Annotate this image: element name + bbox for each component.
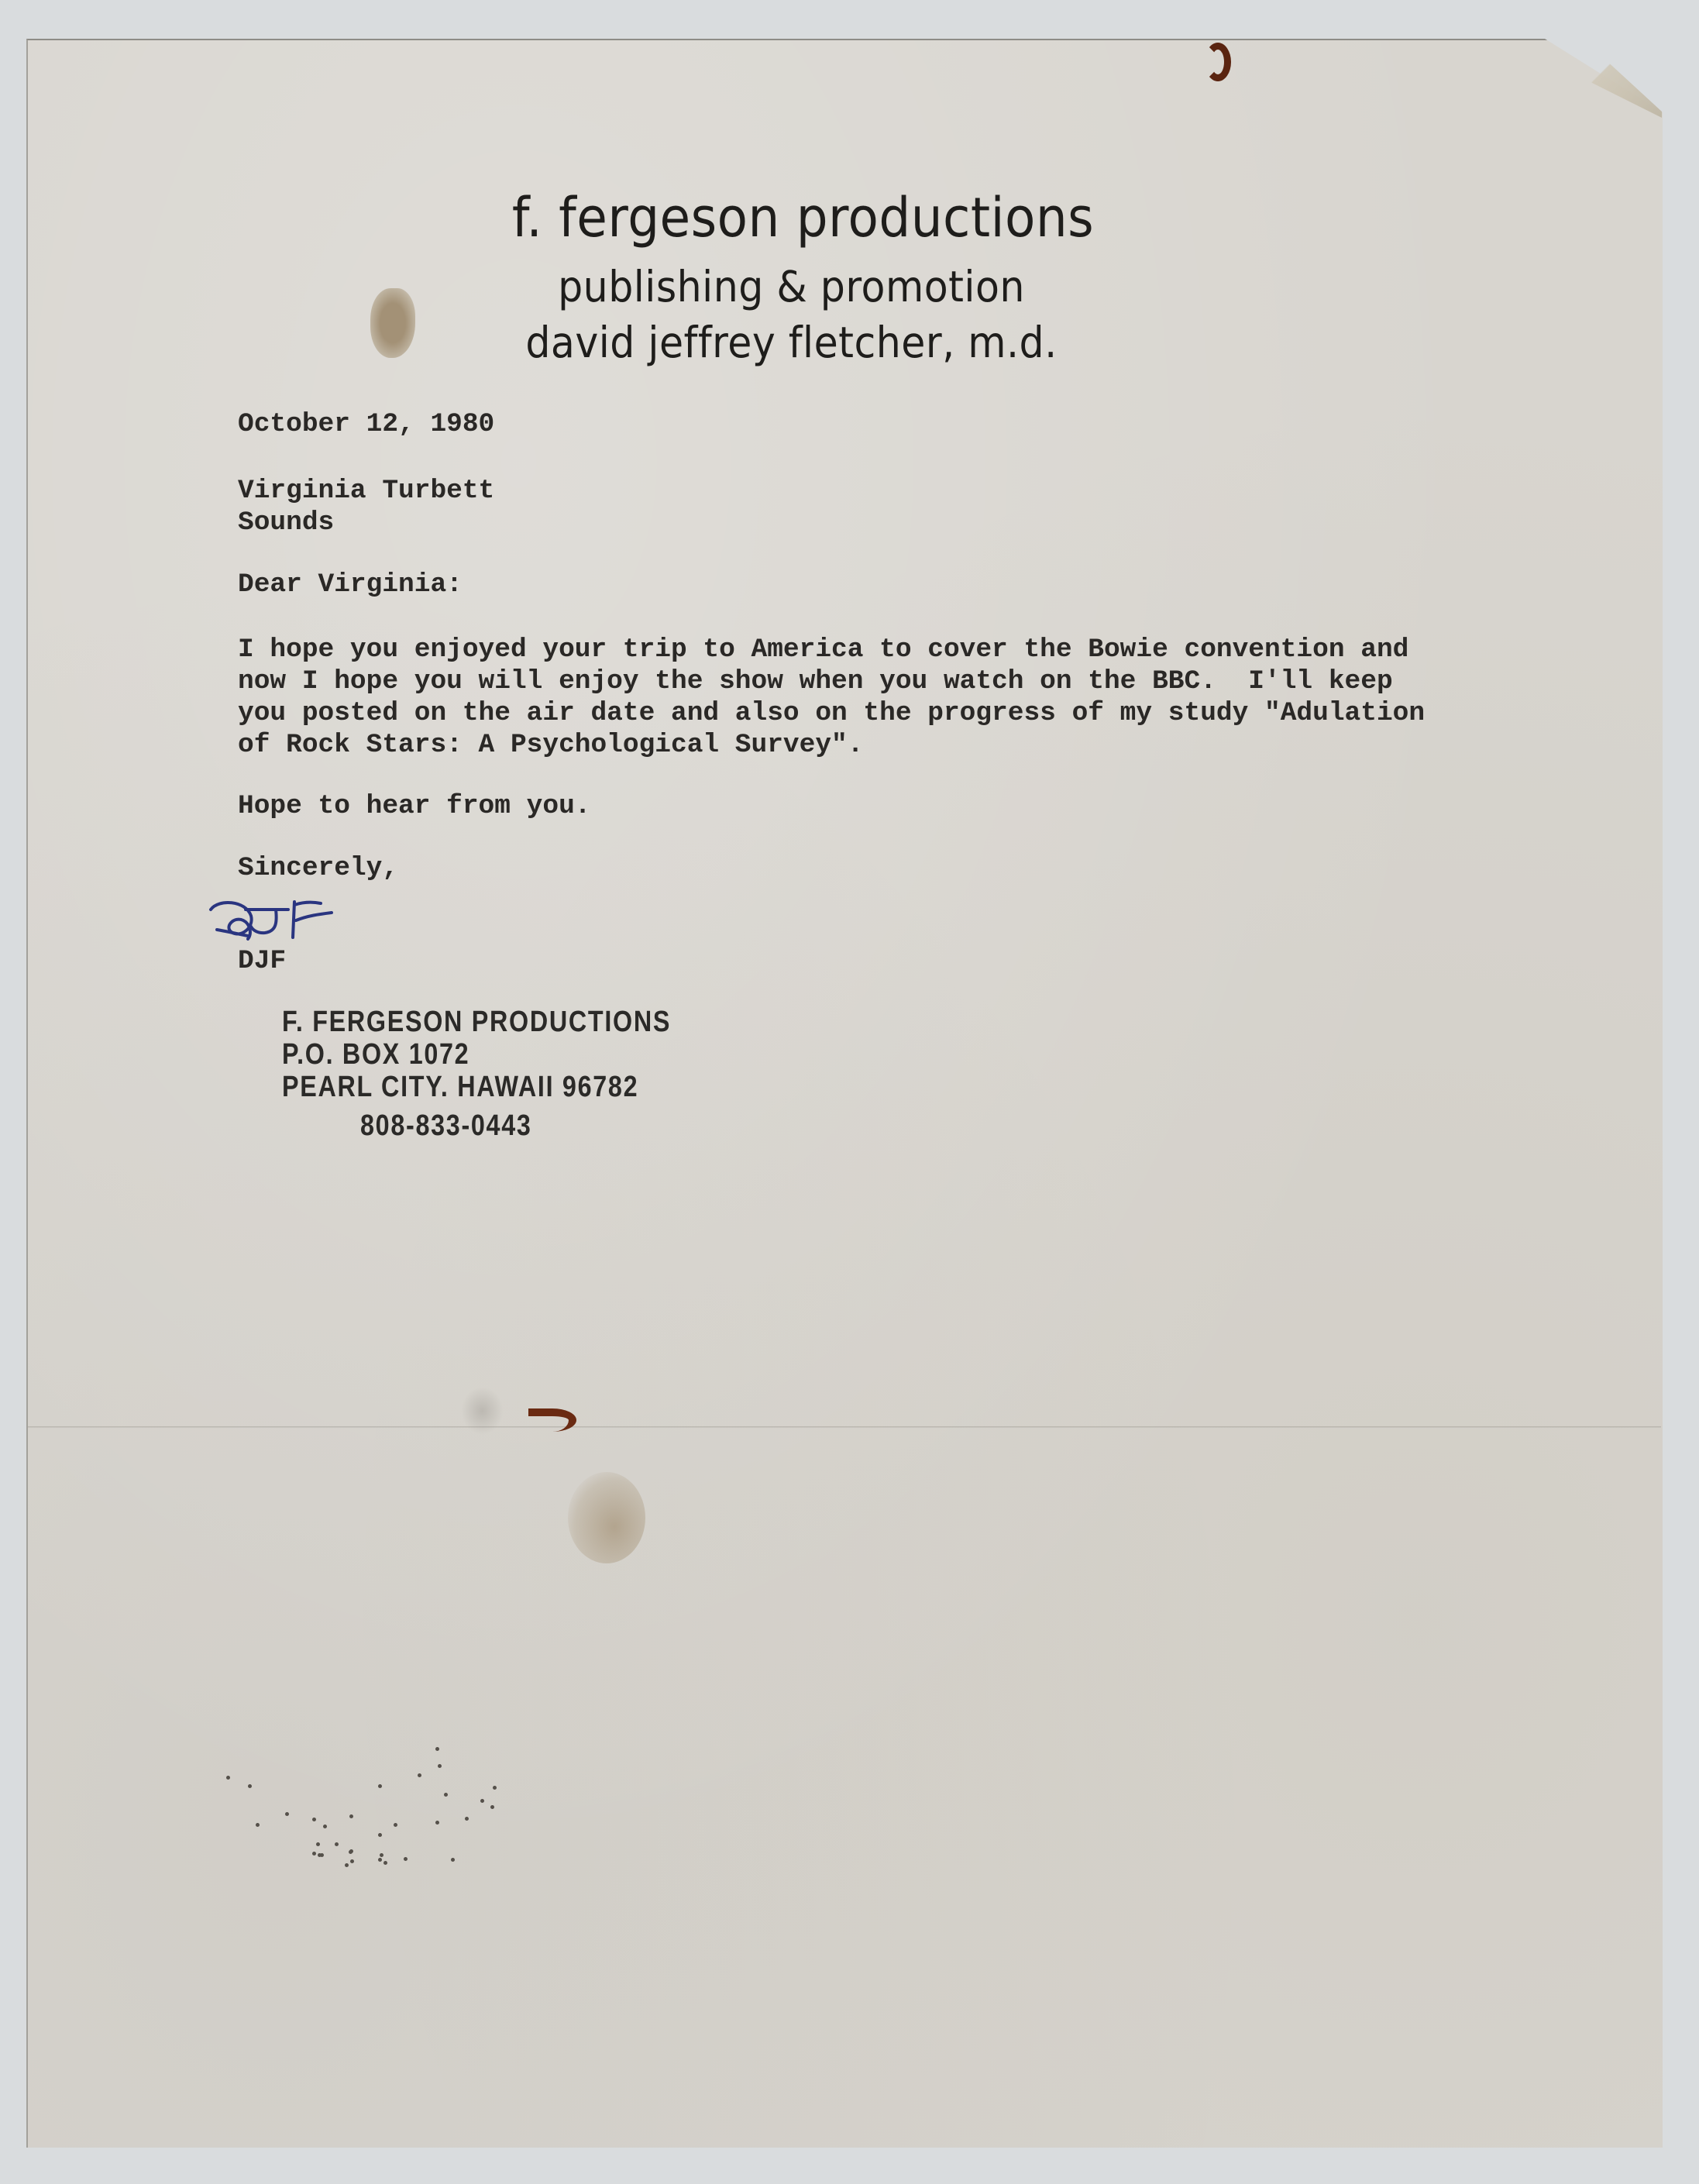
rust-mark-top: [1205, 43, 1231, 81]
speck: [350, 1859, 354, 1863]
speck: [335, 1842, 339, 1846]
recipient-name: Virginia Turbett: [238, 475, 494, 507]
speck: [435, 1747, 439, 1751]
speck: [394, 1823, 397, 1827]
stamp-po-box: P.O. BOX 1072: [282, 1038, 469, 1071]
speck: [349, 1814, 353, 1818]
speck: [451, 1858, 455, 1862]
speck: [435, 1821, 439, 1825]
speck: [312, 1818, 316, 1821]
speck: [323, 1825, 327, 1828]
speck: [378, 1784, 382, 1788]
speck: [316, 1842, 320, 1846]
speck: [349, 1850, 353, 1854]
speck: [285, 1812, 289, 1816]
typed-initials: DJF: [238, 945, 286, 977]
speck: [380, 1853, 383, 1857]
body-line-1: I hope you enjoyed your trip to America …: [238, 634, 1408, 666]
letterhead-name: david jeffrey fletcher, m.d.: [10, 318, 1573, 367]
speck: [256, 1823, 260, 1827]
speck: [404, 1857, 408, 1861]
speck: [465, 1817, 469, 1821]
speck: [490, 1805, 494, 1809]
body-line-2: now I hope you will enjoy the show when …: [238, 666, 1393, 697]
speck: [248, 1784, 252, 1788]
stain-lower: [568, 1472, 645, 1563]
speck: [345, 1863, 349, 1867]
speck: [378, 1833, 382, 1837]
speck: [438, 1764, 442, 1768]
closing-line: Hope to hear from you.: [238, 790, 590, 822]
speck: [378, 1858, 382, 1862]
letterhead-company: f. fergeson productions: [22, 186, 1585, 249]
speck: [480, 1799, 484, 1803]
handwritten-signature: [203, 893, 335, 944]
speck: [226, 1776, 230, 1780]
body-line-4: of Rock Stars: A Psychological Survey".: [238, 729, 863, 761]
stamp-phone: 808-833-0443: [360, 1109, 532, 1143]
letter-date: October 12, 1980: [238, 408, 494, 440]
speck: [444, 1793, 448, 1797]
recipient-organization: Sounds: [238, 507, 334, 538]
body-line-3: you posted on the air date and also on t…: [238, 697, 1425, 729]
speck: [318, 1853, 322, 1857]
speck: [418, 1773, 421, 1777]
fold-crease: [28, 1426, 1661, 1429]
letterhead-tagline: publishing & promotion: [10, 262, 1573, 311]
stamp-company: F. FERGESON PRODUCTIONS: [282, 1006, 671, 1039]
salutation: Dear Virginia:: [238, 569, 463, 600]
stain-faint-gray: [461, 1387, 504, 1435]
speck: [312, 1852, 316, 1856]
speck: [383, 1861, 387, 1865]
valediction: Sincerely,: [238, 852, 398, 884]
rust-speck: [528, 1408, 576, 1432]
stamp-city: PEARL CITY. HAWAII 96782: [282, 1071, 638, 1104]
speck: [493, 1786, 497, 1790]
